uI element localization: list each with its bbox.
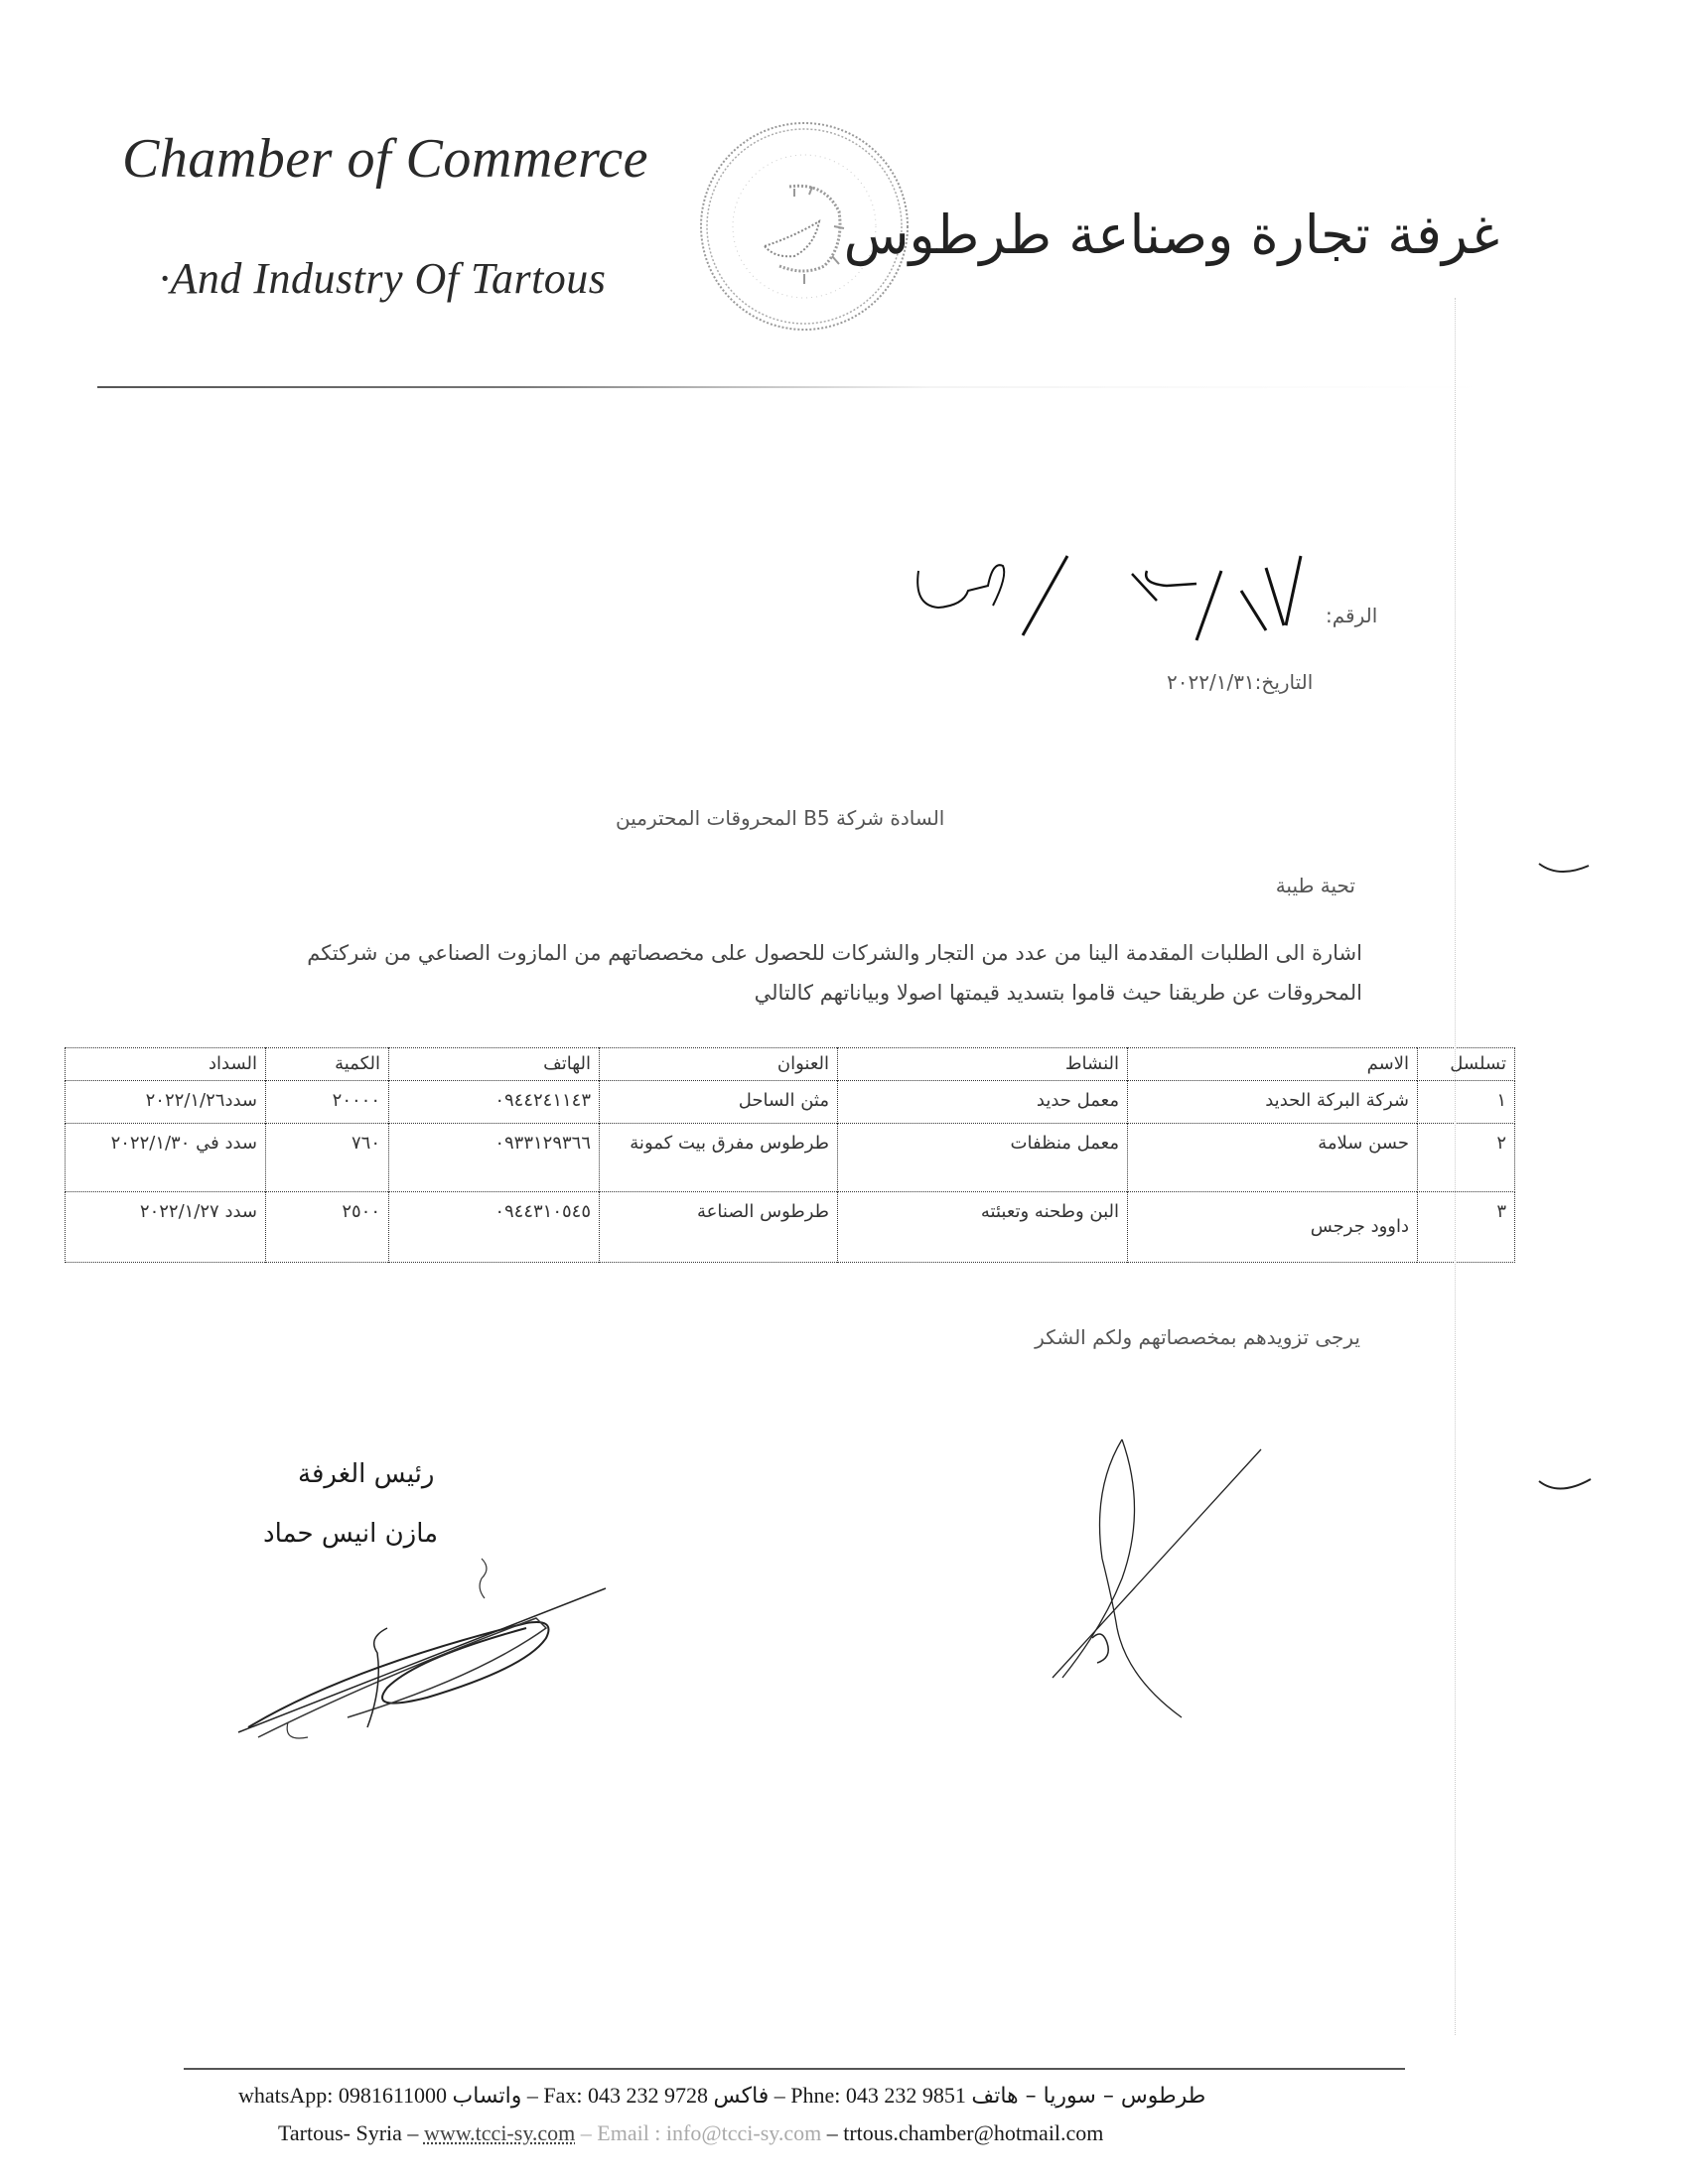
addressee: السادة شركة B5 المحروقات المحترمين [616, 806, 944, 830]
cell-serial: ٣ [1418, 1192, 1515, 1263]
footer-separator: – [774, 2083, 791, 2108]
cell-phone: ٠٩٣٣١٢٩٣٦٦ [389, 1124, 600, 1192]
cell-serial: ١ [1418, 1081, 1515, 1124]
footer-web-line: Tartous- Syria – www.tcci-sy.com – Email… [278, 2120, 1410, 2146]
table-header-row: تسلسل الاسم النشاط العنوان الهاتف الكمية… [66, 1048, 1515, 1081]
cell-address: طرطوس الصناعة [600, 1192, 838, 1263]
cell-activity: البن وطحنه وتعبئته [838, 1192, 1128, 1263]
cell-activity: معمل منظفات [838, 1124, 1128, 1192]
footer-whatsapp: whatsApp: 0981611000 [238, 2083, 447, 2108]
footer-whatsapp-ar: واتساب [453, 2084, 522, 2109]
cell-address: مثن الساحل [600, 1081, 838, 1124]
cell-name: داوود جرجس [1128, 1192, 1418, 1263]
greeting: تحية طيبة [1276, 874, 1355, 897]
reference-label: الرقم: [1326, 604, 1377, 627]
cell-phone: ٠٩٤٤٣١٠٥٤٥ [389, 1192, 600, 1263]
reference-number-handwritten [909, 546, 1306, 645]
chairman-signature [228, 1529, 645, 1767]
cell-payment: سدد٢٠٢٢/١/٢٦ [66, 1081, 266, 1124]
footer-fax-ar: فاكس [714, 2084, 770, 2109]
cell-quantity: ٧٦٠ [266, 1124, 389, 1192]
cell-name: حسن سلامة [1128, 1124, 1418, 1192]
cell-activity: معمل حديد [838, 1081, 1128, 1124]
footer-contact-line: whatsApp: 0981611000 واتساب – Fax: 043 2… [238, 2083, 1410, 2109]
cell-quantity: ٢٠٠٠٠ [266, 1081, 389, 1124]
date-value: ٢٠٢٢/١/٣١ [1167, 670, 1255, 694]
body-paragraph: اشارة الى الطلبات المقدمة الينا من عدد م… [250, 933, 1362, 1013]
letterhead-name-en-line1: Chamber of Commerce [122, 127, 648, 191]
footer-website-link[interactable]: www.tcci-sy.com [424, 2120, 575, 2145]
footer-phone: Phne: 043 232 9851 [790, 2083, 966, 2108]
table-row: ٣ داوود جرجس البن وطحنه وتعبئته طرطوس ال… [66, 1192, 1515, 1263]
scan-artifact-mark [1529, 1469, 1609, 1509]
header-address: العنوان [600, 1048, 838, 1081]
header-serial: تسلسل [1418, 1048, 1515, 1081]
cell-name: شركة البركة الحديد [1128, 1081, 1418, 1124]
table-row: ١ شركة البركة الحديد معمل حديد مثن الساح… [66, 1081, 1515, 1124]
signatory-title: رئيس الغرفة [298, 1459, 434, 1489]
cell-payment: سدد في ٢٠٢٢/١/٣٠ [66, 1124, 266, 1192]
allocation-table: تسلسل الاسم النشاط العنوان الهاتف الكمية… [65, 1047, 1515, 1263]
letterhead-name-ar: غرفة تجارة وصناعة طرطوس [844, 204, 1499, 266]
cell-payment: سدد ٢٠٢٢/١/٢٧ [66, 1192, 266, 1263]
cell-address: طرطوس مفرق بيت كمونة [600, 1124, 838, 1192]
cell-serial: ٢ [1418, 1124, 1515, 1192]
cell-phone: ٠٩٤٤٢٤١١٤٣ [389, 1081, 600, 1124]
header-name: الاسم [1128, 1048, 1418, 1081]
footer-fax: Fax: 043 232 9728 [543, 2083, 708, 2108]
footer-divider [184, 2068, 1405, 2070]
table-row: ٢ حسن سلامة معمل منظفات طرطوس مفرق بيت ك… [66, 1124, 1515, 1192]
letterhead-name-en-line2: ·And Industry Of Tartous [159, 253, 606, 304]
header-quantity: الكمية [266, 1048, 389, 1081]
footer-email-link-1[interactable]: info@tcci-sy.com [666, 2120, 821, 2145]
closing-line: يرجى تزويدهم بمخصصاتهم ولكم الشكر [1035, 1325, 1360, 1349]
date-label: التاريخ: [1255, 670, 1314, 694]
scan-margin-line [1455, 298, 1457, 2035]
date-line: التاريخ:٢٠٢٢/١/٣١ [1167, 670, 1313, 694]
header-divider [97, 386, 1487, 388]
header-payment: السداد [66, 1048, 266, 1081]
footer-city: Tartous- Syria – [278, 2120, 418, 2145]
scan-artifact-mark [1529, 854, 1609, 893]
secondary-signature [1033, 1430, 1281, 1727]
header-phone: الهاتف [389, 1048, 600, 1081]
footer-separator: – [527, 2083, 544, 2108]
cell-quantity: ٢٥٠٠ [266, 1192, 389, 1263]
header-activity: النشاط [838, 1048, 1128, 1081]
footer-city-ar: طرطوس – سوريا – هاتف [971, 2084, 1205, 2109]
footer-email-link-2[interactable]: – trtous.chamber@hotmail.com [827, 2120, 1104, 2145]
footer-email-label: – Email : [581, 2120, 661, 2145]
